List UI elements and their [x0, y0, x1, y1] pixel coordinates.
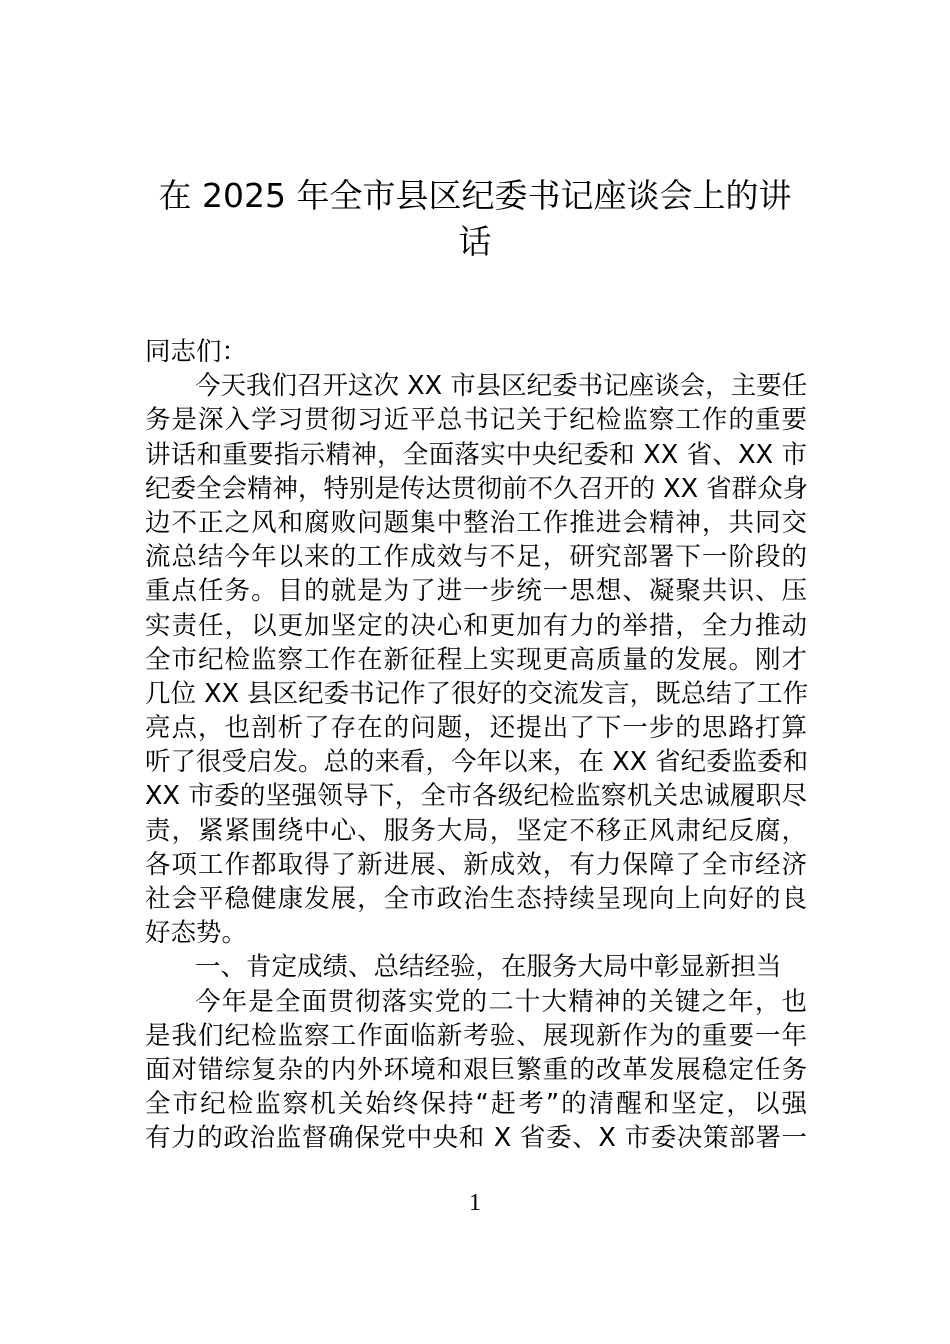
paragraph-line: 纪委全会精神，特别是传达贯彻前不久召开的 XX 省群众身	[145, 472, 807, 506]
paragraph-line: 几位 XX 县区纪委书记作了很好的交流发言，既总结了工作	[145, 677, 807, 711]
paragraph-line: 是我们纪检监察工作面临新考验、展现新作为的重要一年	[145, 1019, 807, 1053]
paragraph-line: 社会平稳健康发展，全市政治生态持续呈现向上向好的良	[145, 882, 807, 916]
section-heading: 一、肯定成绩、总结经验，在服务大局中彰显新担当	[145, 950, 807, 984]
paragraph-line: 面对错综复杂的内外环境和艰巨繁重的改革发展稳定任务	[145, 1053, 807, 1087]
paragraph-line: 实责任，以更加坚定的决心和更加有力的举措，全力推动	[145, 609, 807, 643]
paragraph-line: 亮点，也剖析了存在的问题，还提出了下一步的思路打算	[145, 711, 807, 745]
salutation: 同志们：	[145, 335, 807, 369]
paragraph-line: 边不正之风和腐败问题集中整治工作推进会精神，共同交	[145, 506, 807, 540]
document-page: 在 2025 年全市县区纪委书记座谈会上的讲 话 同志们： 今天我们召开这次 X…	[0, 0, 950, 1344]
document-title-line-1: 在 2025 年全市县区纪委书记座谈会上的讲	[0, 176, 950, 216]
paragraph-line: 今年是全面贯彻落实党的二十大精神的关键之年，也	[145, 985, 807, 1019]
paragraph-line: 好态势。	[145, 916, 807, 950]
paragraph-line: 流总结今年以来的工作成效与不足，研究部署下一阶段的	[145, 540, 807, 574]
paragraph-section-1: 今年是全面贯彻落实党的二十大精神的关键之年，也 是我们纪检监察工作面临新考验、展…	[145, 985, 807, 1156]
paragraph-line: 听了很受启发。总的来看，今年以来，在 XX 省纪委监委和	[145, 745, 807, 779]
paragraph-line: XX 市委的坚强领导下，全市各级纪检监察机关忠诚履职尽	[145, 779, 807, 813]
paragraph-line: 重点任务。目的就是为了进一步统一思想、凝聚共识、压	[145, 574, 807, 608]
paragraph-line: 务是深入学习贯彻习近平总书记关于纪检监察工作的重要	[145, 403, 807, 437]
paragraph-line: 有力的政治监督确保党中央和 X 省委、X 市委决策部署一	[145, 1121, 807, 1155]
paragraph-line: 全市纪检监察机关始终保持“赶考”的清醒和坚定，以强	[145, 1087, 807, 1121]
document-title-line-2: 话	[0, 222, 950, 262]
document-body: 同志们： 今天我们召开这次 XX 市县区纪委书记座谈会，主要任 务是深入学习贯彻…	[145, 335, 807, 1156]
paragraph-line: 全市纪检监察工作在新征程上实现更高质量的发展。刚才	[145, 643, 807, 677]
paragraph-line: 讲话和重要指示精神，全面落实中央纪委和 XX 省、XX 市	[145, 438, 807, 472]
paragraph-line: 责，紧紧围绕中心、服务大局，坚定不移正风肃纪反腐，	[145, 814, 807, 848]
paragraph-line: 各项工作都取得了新进展、新成效，有力保障了全市经济	[145, 848, 807, 882]
paragraph-line: 今天我们召开这次 XX 市县区纪委书记座谈会，主要任	[145, 369, 807, 403]
paragraph-intro: 今天我们召开这次 XX 市县区纪委书记座谈会，主要任 务是深入学习贯彻习近平总书…	[145, 369, 807, 950]
page-number: 1	[0, 1188, 950, 1218]
